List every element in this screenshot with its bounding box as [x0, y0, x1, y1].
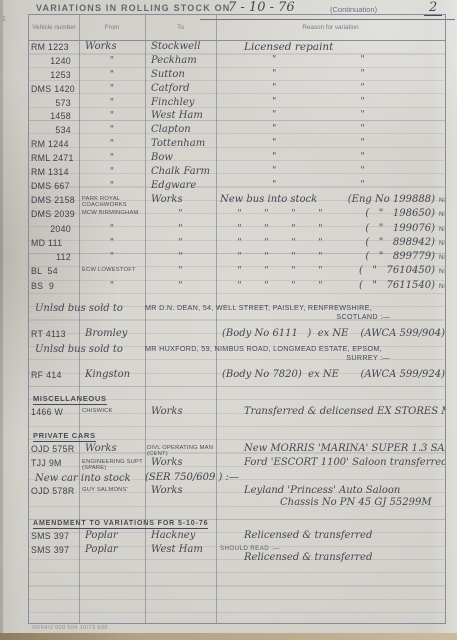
cell-text: Works — [145, 458, 216, 468]
ditto-marks: "" — [244, 180, 365, 190]
from-cell: ENGINEERING SUPT (SPARE) — [79, 457, 145, 471]
vehicle-cell: TJJ 9M — [29, 457, 79, 468]
table-row: RM 1314"Chalk Farm"" — [29, 166, 445, 180]
ditto-mark: " — [360, 138, 364, 148]
ditto-marks: "" — [244, 152, 365, 162]
to-cell: Chalk Farm — [145, 166, 216, 177]
to-cell — [145, 328, 216, 329]
reason-cell: Ford 'ESCORT 1100' Saloon transferred & … — [216, 457, 445, 469]
reason-detail: ( " 198650) — [365, 208, 435, 219]
to-cell: Catford — [145, 83, 216, 94]
cell-text: " — [79, 238, 145, 248]
to-cell: Tottenham — [145, 138, 216, 149]
to-cell: " — [145, 265, 216, 276]
reason-cell: """"( " 899779)NE — [216, 251, 445, 262]
reason-text: (Body No 6111 ) ex NE — [222, 328, 348, 340]
cell-text: Kingston — [79, 370, 145, 380]
ditto-mark: " — [272, 152, 276, 162]
reason-line: Leyland 'Princess' Auto Saloon — [216, 485, 445, 497]
reason-line: "" — [216, 152, 445, 162]
table-row: OJD 578RGUY SALMONS'WorksLeyland 'Prince… — [29, 485, 445, 508]
ditto-mark: " — [291, 266, 295, 276]
reason-cell: """"( " 198650)NE — [216, 208, 445, 219]
note-line-1: (SER 750/609 ) :— — [145, 473, 445, 482]
cell-text: Bromley — [79, 329, 145, 339]
cell-text: Poplar — [79, 531, 145, 541]
note-row: Unlsd bus sold toMR HUXFORD, 59, NIMBUS … — [29, 342, 445, 369]
table-row: RML 2471"Bow"" — [29, 152, 445, 166]
reason-line: "" — [216, 180, 445, 190]
ditto-mark: " — [360, 110, 364, 120]
vehicle-cell: OJD 578R — [29, 485, 79, 496]
reason-detail: ( " 899779) — [365, 251, 435, 262]
reason-cell: "" — [216, 83, 445, 93]
to-cell: " — [145, 237, 216, 248]
cell-text: Works — [79, 444, 145, 454]
ditto-mark: " — [318, 281, 322, 291]
reason-cell: (Body No 6111 ) ex NE(AWCA 599/904) — [216, 328, 445, 340]
reason-line: "" — [216, 55, 445, 65]
ditto-mark: " — [264, 252, 268, 262]
vehicle-cell: DMS 2158 — [29, 194, 79, 205]
cell-text: Works — [145, 486, 216, 496]
cell-text: " — [79, 70, 145, 80]
reason-cell: """"( " 7610450)NE — [216, 265, 445, 276]
from-cell: CHISWICK — [79, 406, 145, 414]
ditto-mark: " — [237, 238, 241, 248]
ditto-mark: " — [264, 238, 268, 248]
vehicle-cell: DMS 2039 — [29, 208, 79, 219]
from-cell: " — [79, 69, 145, 80]
ditto-mark: " — [291, 224, 295, 234]
ditto-marks: """" — [220, 281, 334, 291]
to-cell: " — [145, 280, 216, 291]
reason-cell: New bus into stock(Eng No 199888)NE — [216, 194, 445, 206]
reason-line: (Body No 6111 ) ex NE(AWCA 599/904) — [216, 328, 445, 340]
table-row: 112""""""( " 899779)NE — [29, 251, 445, 265]
note-line-2: SCOTLAND :— — [145, 312, 445, 321]
cell-text: " — [79, 281, 145, 291]
variations-table: Vehicle number From To Reason for variat… — [28, 14, 446, 624]
header-to: To — [145, 24, 216, 31]
ditto-mark: " — [237, 209, 241, 219]
from-cell: Poplar — [79, 530, 145, 541]
cell-text: Works — [79, 42, 145, 52]
table-row: SMS 397PoplarWest HamSHOULD READ :—Relic… — [29, 544, 445, 564]
to-cell: " — [145, 208, 216, 219]
page-title: VARIATIONS IN ROLLING STOCK ON — [36, 3, 231, 13]
cell-text: Hackney — [145, 531, 216, 541]
ditto-marks: """" — [220, 209, 334, 219]
ditto-mark: " — [237, 266, 241, 276]
ditto-mark: " — [237, 224, 241, 234]
note-line-1: MR HUXFORD, 59, NIMBUS ROAD, LONGMEAD ES… — [145, 344, 445, 353]
vehicle-cell: MD 111 — [29, 237, 79, 248]
ditto-mark: " — [272, 55, 276, 65]
table-row: SMS 397PoplarHackneyRelicensed & transfe… — [29, 530, 445, 544]
cell-text: ECW LOWESTOFT — [79, 266, 145, 273]
section-heading-label: PRIVATE CARS — [33, 431, 96, 442]
ditto-marks: "" — [244, 124, 365, 134]
ditto-marks: """" — [220, 224, 334, 234]
from-cell: GUY SALMONS' — [79, 485, 145, 493]
table-row: 534"Clapton"" — [29, 124, 445, 138]
table-row: TJJ 9MENGINEERING SUPT (SPARE)WorksFord … — [29, 457, 445, 471]
table-row: 573"Finchley"" — [29, 97, 445, 111]
ditto-mark: " — [264, 209, 268, 219]
ditto-mark: " — [237, 252, 241, 262]
to-cell: Hackney — [145, 530, 216, 541]
header-reason: Reason for variation — [216, 24, 445, 31]
to-cell: Stockwell — [145, 41, 216, 52]
cell-text: " — [79, 181, 145, 191]
reason-text: Ford 'ESCORT 1100' Saloon transferred & … — [244, 457, 445, 469]
reason-line: """"( " 899779)NE — [216, 251, 445, 262]
cell-text: " — [145, 281, 216, 291]
table-row: DMS 2039MCW BIRMINGHAM"""""( " 198650)NE — [29, 208, 445, 222]
cell-text: PARK ROYAL COACHWORKS — [79, 195, 145, 208]
ditto-mark: " — [291, 252, 295, 262]
cell-text: Works — [145, 407, 216, 417]
cell-text: " — [145, 238, 216, 248]
reason-line: """"( " 7611540)NE — [216, 280, 445, 291]
reason-cell: "" — [216, 152, 445, 162]
table-row: 1458"West Ham"" — [29, 110, 445, 124]
reason-detail: ( " 199076) — [365, 223, 435, 234]
reason-detail: ( " 7611540) — [359, 280, 435, 291]
reason-cell: SHOULD READ :—Relicensed & transferred — [216, 544, 445, 564]
cell-text: " — [145, 266, 216, 276]
section-heading-label: AMENDMENT TO VARIATIONS FOR 5-10-76 — [33, 520, 208, 529]
vehicle-cell: 1253 — [29, 69, 79, 80]
cell-text: Bow — [145, 153, 216, 163]
note-line-2: SURREY :— — [145, 353, 445, 362]
reason-cell: "" — [216, 166, 445, 176]
note-line-1: MR D.N. DEAN, 54, WELL STREET, PAISLEY, … — [145, 303, 445, 312]
header-from: From — [79, 24, 145, 31]
reason-line: Licensed repaint — [216, 41, 445, 53]
reason-cell: "" — [216, 180, 445, 190]
vehicle-cell: RM 1223 — [29, 41, 79, 52]
reason-text: New MORRIS 'MARINA' SUPER 1.3 SALOON lic… — [244, 443, 445, 455]
from-cell: " — [79, 110, 145, 121]
to-cell: Clapton — [145, 124, 216, 135]
reason-text: New bus into stock — [220, 194, 317, 206]
from-cell: " — [79, 55, 145, 66]
reason-text: Transferred & delicensed EX STORES MANAG… — [244, 406, 445, 418]
from-cell: " — [79, 251, 145, 262]
ditto-mark: " — [360, 55, 364, 65]
reason-line: "" — [216, 110, 445, 120]
to-cell: West Ham — [145, 110, 216, 121]
reason-cell: "" — [216, 110, 445, 120]
vehicle-cell: DMS 1420 — [29, 83, 79, 94]
reason-cell: "" — [216, 97, 445, 107]
table-row: 1253"Sutton"" — [29, 69, 445, 83]
margin-smudge: 1 — [2, 16, 6, 23]
cell-text: Tottenham — [145, 139, 216, 149]
cell-text: " — [79, 98, 145, 108]
ditto-mark: " — [272, 180, 276, 190]
vehicle-cell: 1240 — [29, 55, 79, 66]
table-row: OJD 575RWorksDIVL OPERATING MAN (CENT)Ne… — [29, 443, 445, 457]
to-cell: Bow — [145, 152, 216, 163]
to-cell: DIVL OPERATING MAN (CENT) — [145, 443, 216, 457]
ne-mark: NE — [439, 226, 445, 233]
row-spacer — [29, 294, 445, 301]
note-label: Unlsd bus sold to — [29, 342, 145, 355]
from-cell: " — [79, 83, 145, 94]
from-cell: " — [79, 152, 145, 163]
ditto-marks: "" — [244, 55, 365, 65]
vehicle-cell: RML 2471 — [29, 152, 79, 163]
reason-cell: Leyland 'Princess' Auto SaloonChassis No… — [216, 485, 445, 508]
cell-text: " — [79, 111, 145, 121]
note-text: (SER 750/609 ) :— — [145, 471, 445, 482]
ditto-marks: """" — [220, 238, 334, 248]
ditto-marks: "" — [244, 166, 365, 176]
reason-line: Relicensed & transferred — [216, 530, 445, 542]
vehicle-cell: RF 414 — [29, 369, 79, 380]
ditto-mark: " — [291, 238, 295, 248]
reason-text: Licensed repaint — [244, 41, 333, 53]
cell-text: Stockwell — [145, 42, 216, 52]
from-cell: " — [79, 166, 145, 177]
ditto-marks: "" — [244, 97, 365, 107]
cell-text: " — [79, 252, 145, 262]
table-row: MD 111""""""( " 898942)NE — [29, 237, 445, 251]
ditto-mark: " — [360, 69, 364, 79]
cell-text: West Ham — [145, 111, 216, 121]
ne-mark: NE — [439, 283, 445, 290]
ditto-mark: " — [360, 180, 364, 190]
reason-detail: ( " 7610450) — [359, 265, 435, 276]
reason-cell: "" — [216, 55, 445, 65]
reason-line: """"( " 898942)NE — [216, 237, 445, 248]
reason-line: Ford 'ESCORT 1100' Saloon transferred & … — [216, 457, 445, 469]
vehicle-cell: SMS 397 — [29, 544, 79, 555]
vehicle-cell: RT 4113 — [29, 328, 79, 339]
ditto-mark: " — [360, 97, 364, 107]
ditto-marks: """" — [220, 252, 334, 262]
cell-text: Edgware — [145, 181, 216, 191]
cell-text: Peckham — [145, 56, 216, 66]
cell-text: DIVL OPERATING MAN (CENT) — [145, 444, 216, 457]
reason-cell: New MORRIS 'MARINA' SUPER 1.3 SALOON lic… — [216, 443, 445, 455]
cell-text: " — [79, 125, 145, 135]
section-heading: MISCELLANEOUS — [29, 388, 445, 406]
from-cell: " — [79, 180, 145, 191]
ditto-mark: " — [272, 166, 276, 176]
cell-text: " — [79, 139, 145, 149]
cell-text: " — [79, 153, 145, 163]
reason-text: Leyland 'Princess' Auto Saloon — [244, 485, 400, 497]
ditto-marks: """" — [220, 266, 334, 276]
ne-mark: NE — [439, 211, 445, 218]
reason-line: New bus into stock(Eng No 199888)NE — [216, 194, 445, 206]
from-cell: " — [79, 138, 145, 149]
reason-cell: "" — [216, 69, 445, 79]
ditto-mark: " — [318, 224, 322, 234]
from-cell: " — [79, 124, 145, 135]
ditto-mark: " — [264, 281, 268, 291]
ditto-mark: " — [272, 138, 276, 148]
ditto-mark: " — [318, 266, 322, 276]
reason-line: New MORRIS 'MARINA' SUPER 1.3 SALOON lic… — [216, 443, 445, 455]
ditto-mark: " — [360, 166, 364, 176]
reason-line-2: Chassis No PN 45 GJ 55299M — [216, 497, 445, 508]
reason-detail: (Eng No 199888) — [348, 194, 435, 205]
reason-cell: "" — [216, 138, 445, 148]
note-row: New car into stock(SER 750/609 ) :— — [29, 471, 445, 485]
reason-line: """"( " 199076)NE — [216, 223, 445, 234]
to-cell: " — [145, 223, 216, 234]
reason-detail: (AWCA 599/924) — [361, 369, 446, 380]
ne-mark: NE — [439, 197, 445, 204]
from-cell: Works — [79, 41, 145, 52]
table-row: ERT 4113Bromley(Body No 6111 ) ex NE(AWC… — [29, 328, 445, 342]
note-label: New car into stock — [29, 471, 145, 484]
to-cell — [145, 369, 216, 370]
should-read-label: SHOULD READ :— — [216, 544, 445, 552]
from-cell: MCW BIRMINGHAM — [79, 208, 145, 216]
to-cell: Works — [145, 194, 216, 205]
reason-line: "" — [216, 138, 445, 148]
reason-text: Relicensed & transferred — [244, 530, 372, 542]
reason-line: """"( " 198650)NE — [216, 208, 445, 219]
ne-mark: NE — [439, 240, 445, 247]
from-cell: " — [79, 97, 145, 108]
from-cell: Works — [79, 443, 145, 454]
vehicle-cell: 573 — [29, 97, 79, 108]
table-row: 1240"Peckham"" — [29, 55, 445, 69]
vehicle-cell: 2040 — [29, 223, 79, 234]
vehicle-cell: 534 — [29, 124, 79, 135]
from-cell: " — [79, 280, 145, 291]
vehicle-cell: BL 54 — [29, 265, 79, 276]
scanned-document-page: 1 VARIATIONS IN ROLLING STOCK ON 7 - 10 … — [0, 0, 457, 640]
to-cell: Peckham — [145, 55, 216, 66]
reason-line: "" — [216, 97, 445, 107]
reason-cell: Licensed repaint — [216, 41, 445, 53]
reason-cell: """"( " 898942)NE — [216, 237, 445, 248]
cell-text: ENGINEERING SUPT (SPARE) — [79, 458, 145, 471]
cell-text: GUY SALMONS' — [79, 486, 145, 493]
reason-text: Relicensed & transferred — [244, 552, 372, 564]
from-cell: Bromley — [79, 328, 145, 339]
reason-line: "" — [216, 69, 445, 79]
ne-mark: NE — [439, 268, 445, 275]
vehicle-cell: BS 9 — [29, 280, 79, 291]
ditto-mark: " — [318, 209, 322, 219]
cell-text: Works — [145, 195, 216, 205]
reason-cell: (Body No 7820) ex NE(AWCA 599/924) — [216, 369, 445, 381]
vehicle-cell: 1458 — [29, 110, 79, 121]
reason-cell: "" — [216, 124, 445, 134]
ditto-mark: " — [272, 69, 276, 79]
cell-text: " — [79, 56, 145, 66]
cell-text: Clapton — [145, 125, 216, 135]
ditto-mark: " — [264, 266, 268, 276]
ditto-mark: " — [318, 238, 322, 248]
to-cell: West Ham — [145, 544, 216, 555]
cell-text: Sutton — [145, 70, 216, 80]
ditto-mark: " — [360, 83, 364, 93]
from-cell: PARK ROYAL COACHWORKS — [79, 194, 145, 208]
from-cell: Poplar — [79, 544, 145, 555]
form-print-reference: 00/64/2 000 504 10/73 508 — [32, 625, 108, 631]
reason-line: "" — [216, 124, 445, 134]
table-row: 2040""""""( " 199076)NE — [29, 223, 445, 237]
note-label: Unlsd bus sold to — [29, 301, 145, 314]
reason-line: (Body No 7820) ex NE(AWCA 599/924) — [216, 369, 445, 381]
ditto-mark: " — [272, 124, 276, 134]
vehicle-cell: 112 — [29, 251, 79, 262]
cell-text: " — [145, 252, 216, 262]
ditto-mark: " — [360, 124, 364, 134]
ditto-mark: " — [272, 97, 276, 107]
reason-cell: Transferred & delicensed EX STORES MANAG… — [216, 406, 445, 418]
table-row: RM 1223WorksStockwellLicensed repaint — [29, 41, 445, 55]
table-row: BS 9""""""( " 7611540)NE — [29, 280, 445, 294]
cell-text: CHISWICK — [79, 407, 145, 414]
to-cell: Works — [145, 406, 216, 417]
vehicle-cell: SMS 397 — [29, 530, 79, 541]
header-vehicle-number: Vehicle number — [29, 24, 79, 31]
ditto-mark: " — [264, 224, 268, 234]
note-row: Unlsd bus sold toMR D.N. DEAN, 54, WELL … — [29, 301, 445, 328]
to-cell: Works — [145, 457, 216, 468]
continuation-label: (Continuation) — [330, 5, 377, 14]
cell-text: " — [79, 84, 145, 94]
section-heading-label: MISCELLANEOUS — [33, 394, 107, 405]
reason-detail: ( " 898942) — [365, 237, 435, 248]
reason-line: "" — [216, 166, 445, 176]
vehicle-cell: OJD 575R — [29, 443, 79, 454]
page-date: 7 - 10 - 76 — [228, 0, 295, 15]
to-cell: Edgware — [145, 180, 216, 191]
from-cell: " — [79, 237, 145, 248]
section-heading: PRIVATE CARS — [29, 425, 445, 443]
ditto-marks: "" — [244, 83, 365, 93]
from-cell: " — [79, 223, 145, 234]
table-row: DMS 667"Edgware"" — [29, 180, 445, 194]
table-row: 1466 WCHISWICKWorksTransferred & delicen… — [29, 406, 445, 420]
ne-mark: NE — [439, 254, 445, 261]
table-row: DMS 1420"Catford"" — [29, 83, 445, 97]
reason-line: Transferred & delicensed EX STORES MANAG… — [216, 406, 445, 418]
table-row: RM 1244"Tottenham"" — [29, 138, 445, 152]
from-cell: Kingston — [79, 369, 145, 380]
to-cell: " — [145, 251, 216, 262]
ditto-mark: " — [272, 110, 276, 120]
cell-text: MCW BIRMINGHAM — [79, 209, 145, 216]
cell-text: Chalk Farm — [145, 167, 216, 177]
reason-line: "" — [216, 83, 445, 93]
vehicle-cell: RM 1244 — [29, 138, 79, 149]
from-cell: ECW LOWESTOFT — [79, 265, 145, 273]
ditto-mark: " — [272, 83, 276, 93]
note-text: MR D.N. DEAN, 54, WELL STREET, PAISLEY, … — [145, 301, 445, 321]
ditto-mark: " — [291, 209, 295, 219]
reason-detail: (AWCA 599/904) — [361, 328, 446, 339]
table-body: RM 1223WorksStockwellLicensed repaint124… — [29, 41, 445, 623]
ditto-mark: " — [360, 152, 364, 162]
reason-line: Relicensed & transferred — [216, 552, 445, 564]
ditto-marks: "" — [244, 110, 365, 120]
table-row: RF 414Kingston(Body No 7820) ex NE(AWCA … — [29, 369, 445, 383]
cell-text: Catford — [145, 84, 216, 94]
